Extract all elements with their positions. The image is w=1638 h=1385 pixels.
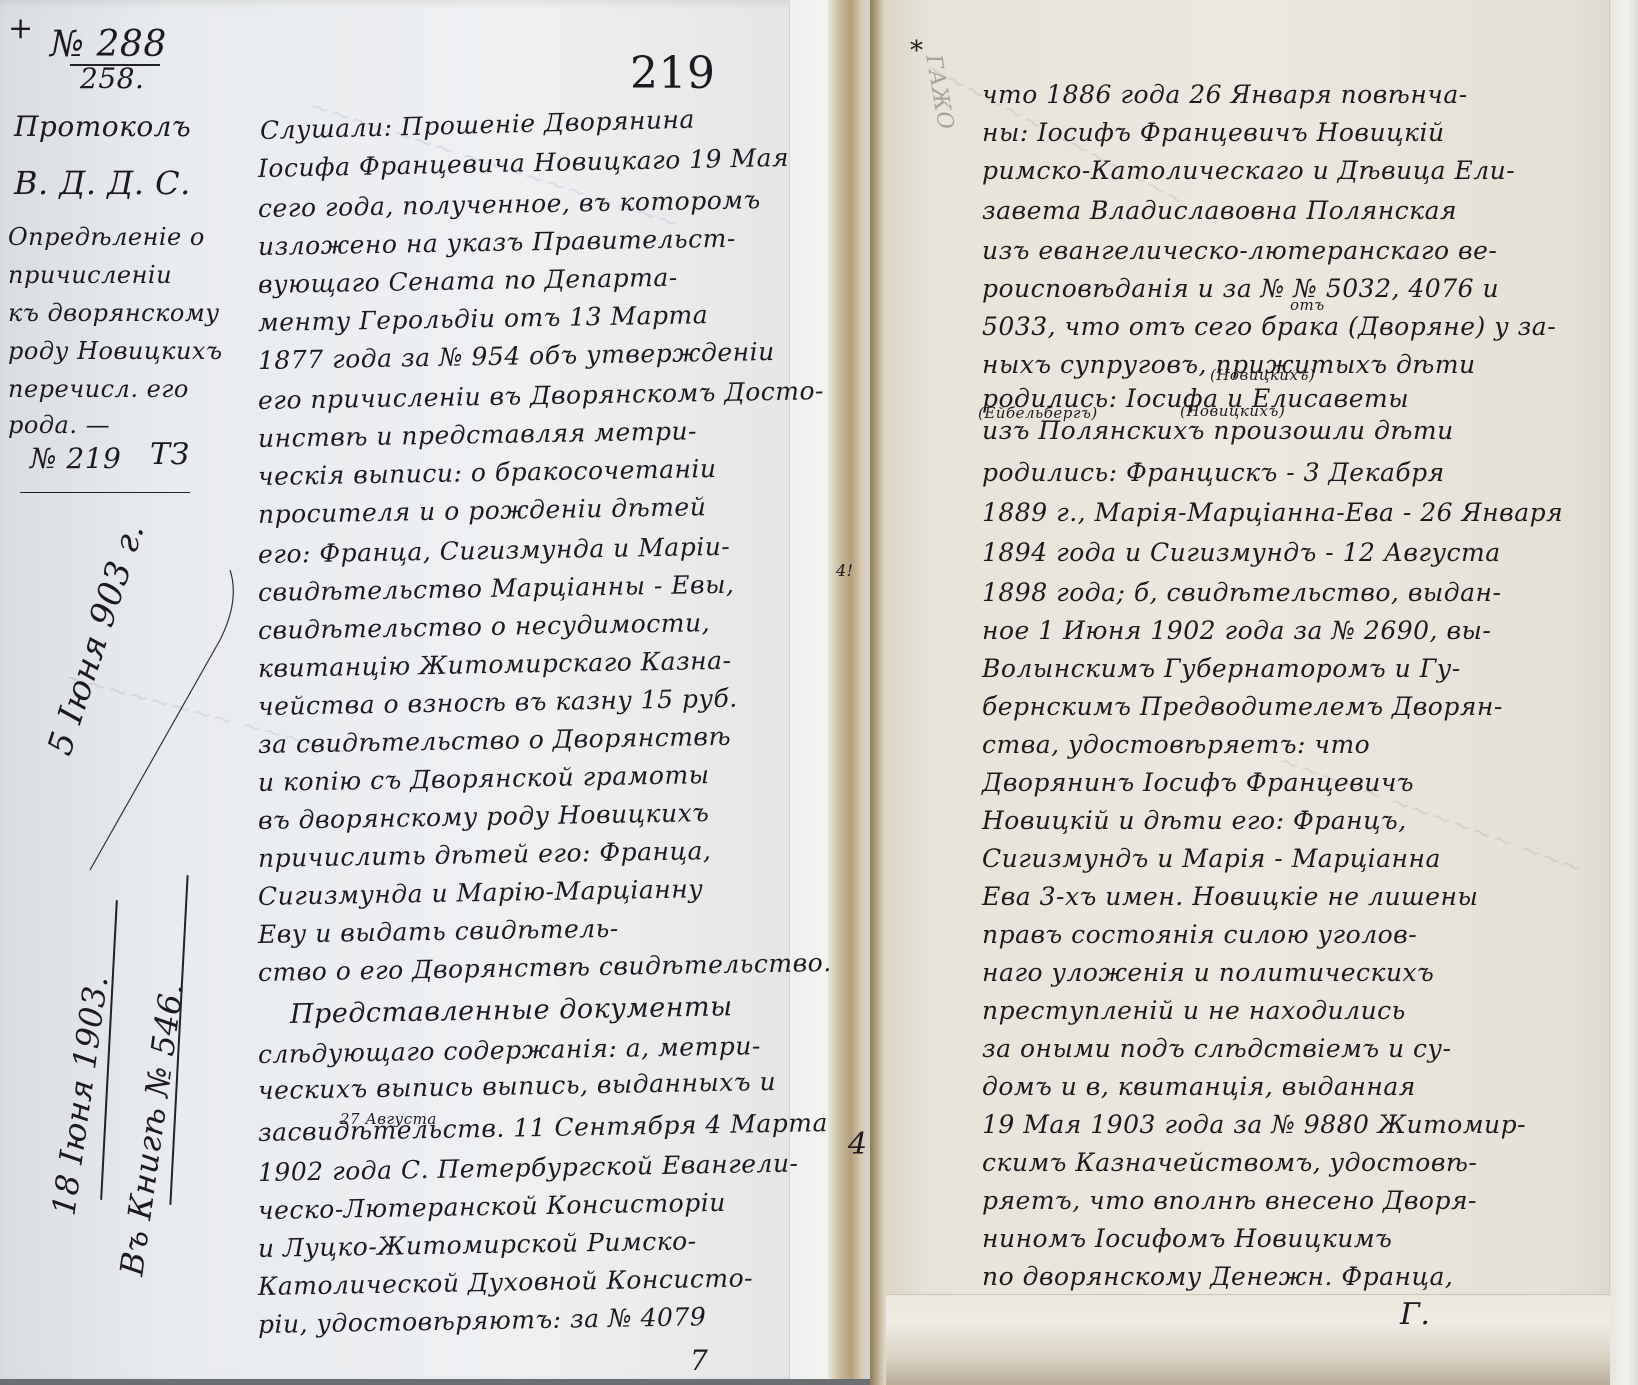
body-line: Волынскимъ Губернаторомъ и Гу- xyxy=(982,654,1461,684)
body-line: правъ состоянія силою уголов- xyxy=(982,920,1417,950)
margin-title-line: рода. — xyxy=(8,410,110,440)
page-bottom-mark: 7 xyxy=(690,1346,708,1376)
body-line: завета Владиславовна Полянская xyxy=(982,196,1457,226)
body-line: Сигизмундъ и Марія - Марціанна xyxy=(982,844,1441,874)
body-line: его причисленіи въ Дворянскомъ Досто- xyxy=(258,376,824,416)
body-line: 5033, что отъ сего брака (Дворяне) у за- xyxy=(982,312,1556,342)
document-photo: ~~~~~~~ ~~~~~~ ~~~~ ~~~~~~~~ ~~~~~ + № 2… xyxy=(0,0,1638,1385)
body-line: ное 1 Июня 1902 года за № 2690, вы- xyxy=(982,616,1491,646)
margin-title-line: Протоколъ xyxy=(14,112,191,142)
body-line: изложено на указъ Правительст- xyxy=(258,224,736,262)
body-line: чейства о взносѣ въ казну 15 руб. xyxy=(258,684,738,722)
body-line: ства, удостовѣряетъ: что xyxy=(982,730,1370,760)
body-line: сего года, полученное, въ которомъ xyxy=(258,185,761,224)
cross-mark: + xyxy=(8,14,34,44)
registry-rule xyxy=(20,492,190,493)
edge-mark: 4! xyxy=(836,556,854,586)
edge-mark: 4 xyxy=(848,1130,868,1160)
body-line: ческія выписи: о бракосочетаніи xyxy=(258,454,717,492)
page-bottom-edge xyxy=(0,1379,870,1385)
body-line: ны: Іосифъ Францевичъ Новицкій xyxy=(982,118,1445,148)
body-line: преступленій и не находились xyxy=(982,996,1406,1026)
registry-number: № 219 xyxy=(30,444,121,474)
body-line: изъ евангелическо-лютеранскаго ве- xyxy=(982,236,1497,266)
body-line: ство о его Дворянствѣ свидѣтельство. xyxy=(258,948,832,988)
body-line: Еву и выдать свидѣтель- xyxy=(258,914,619,950)
body-line: родились: Францискъ - 3 Декабря xyxy=(982,458,1445,488)
margin-title-line: перечисл. его xyxy=(8,374,189,404)
body-line: свидѣтельство о несудимости, xyxy=(258,608,711,646)
body-line: Сигизмунда и Марію-Марціанну xyxy=(258,874,704,912)
body-line: менту Герольдіи отъ 13 Марта xyxy=(258,300,709,338)
body-line: изъ Полянскихъ произошли дѣти xyxy=(982,416,1454,446)
body-line: что 1886 года 26 Января повѣнча- xyxy=(982,80,1468,110)
margin-bracket-line xyxy=(80,560,240,880)
body-line: Дворянинъ Іосифъ Францевичъ xyxy=(982,768,1414,798)
body-line: домъ и в, квитанція, выданная xyxy=(982,1072,1416,1102)
body-line: Католической Духовной Консисто- xyxy=(258,1263,754,1302)
registry-initials: ТЗ xyxy=(150,440,190,470)
body-line: Ева 3-хъ имен. Новицкіе не лишены xyxy=(982,882,1478,912)
body-line: бернскимъ Предводителемъ Дворян- xyxy=(982,692,1503,722)
body-line: вующаго Сената по Департа- xyxy=(258,263,678,300)
body-line: просителя и о рожденіи дѣтей xyxy=(258,492,707,530)
body-line: 19 Мая 1903 года за № 9880 Житомир- xyxy=(982,1110,1526,1140)
body-line: ріи, удостовѣряютъ: за № 4079 xyxy=(258,1302,707,1340)
body-line: его: Франца, Сигизмунда и Маріи- xyxy=(258,532,731,570)
body-line: ческихъ выпись выпись, выданныхъ и xyxy=(258,1067,777,1106)
body-line: ряетъ, что вполнѣ внесено Дворя- xyxy=(982,1186,1477,1216)
margin-title-line: причисленіи xyxy=(8,260,172,290)
body-line: 1902 года С. Петербургской Евангели- xyxy=(258,1149,799,1188)
stacked-sheets-bottom xyxy=(886,1294,1610,1385)
body-line: слѣдующаго содержанія: а, метри- xyxy=(258,1031,761,1070)
body-line: за оными подъ слѣдствіемъ и су- xyxy=(982,1034,1451,1064)
body-line: 1877 года за № 954 объ утвержденіи xyxy=(258,337,775,376)
case-sub-number: 258. xyxy=(80,64,144,94)
body-line: ниномъ Іосифомъ Новицкимъ xyxy=(982,1224,1392,1254)
body-line: Іосифа Францевича Новицкаго 19 Мая xyxy=(258,143,790,184)
body-line: Представленные документы xyxy=(290,992,733,1030)
margin-title-line: Опредѣленіе о xyxy=(8,222,205,252)
body-line: причислить дѣтей его: Франца, xyxy=(258,836,712,874)
margin-title-line: В. Д. Д. С. xyxy=(14,168,191,198)
page-right-edge xyxy=(1609,0,1638,1385)
folio-number: 219 xyxy=(630,48,715,99)
body-line: скимъ Казначействомъ, удостовѣ- xyxy=(982,1148,1477,1178)
page-gutter xyxy=(870,0,886,1385)
body-line: и копію съ Дворянской грамоты xyxy=(258,760,710,798)
margin-title-line: къ дворянскому xyxy=(8,298,220,328)
body-line: квитанцію Житомирскаго Казна- xyxy=(258,646,732,684)
body-line: свидѣтельство Марціанны - Евы, xyxy=(258,570,735,608)
body-line: инствѣ и представляя метри- xyxy=(258,416,698,454)
body-line: римско-Католическаго и Дѣвица Ели- xyxy=(982,156,1515,186)
left-page: ~~~~~~~ ~~~~~~ ~~~~ ~~~~~~~~ ~~~~~ + № 2… xyxy=(0,0,870,1385)
body-line: ческо-Лютеранской Консисторіи xyxy=(258,1188,726,1226)
body-line: Новицкій и дѣти его: Францъ, xyxy=(982,806,1407,836)
body-line: за свидѣтельство о Дворянствѣ xyxy=(258,722,732,760)
body-line: 1894 года и Сигизмундъ - 12 Августа xyxy=(982,538,1501,568)
case-number: № 288 xyxy=(50,30,167,60)
body-line: по дворянскому Денежн. Франца, xyxy=(982,1262,1453,1292)
body-line: 1898 года; б, свидѣтельство, выдан- xyxy=(982,578,1501,608)
binding-edge xyxy=(828,0,870,1385)
body-line: и Луцко-Житомирской Римско- xyxy=(258,1226,697,1264)
margin-title-line: роду Новицкихъ xyxy=(8,336,222,366)
body-line: въ дворянскому роду Новицкихъ xyxy=(258,798,710,836)
right-page: ~~~~~~ ~~~~~~~ ~~~~~ ~~~~~~ ~~~ * ГАЖО ч… xyxy=(870,0,1638,1385)
body-line: роисповѣданія и за № № 5032, 4076 и xyxy=(982,274,1499,304)
body-line: 1889 г., Марія-Марціанна-Ева - 26 Января xyxy=(982,498,1563,528)
body-line: наго уложенія и политическихъ xyxy=(982,958,1434,988)
page-bottom-mark: Г. xyxy=(1400,1300,1430,1330)
